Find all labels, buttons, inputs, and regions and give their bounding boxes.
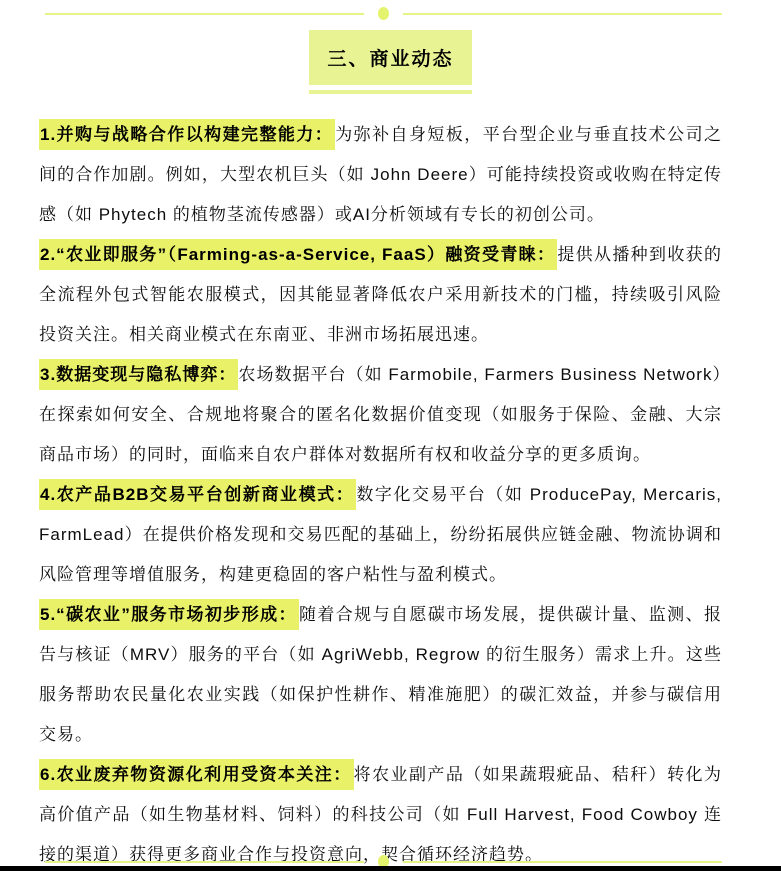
paragraph-4: 4.农产品B2B交易平台创新商业模式：数字化交易平台（如 ProducePay,… <box>39 475 722 595</box>
paragraph-5: 5.“碳农业”服务市场初步形成：随着合规与自愿碳市场发展，提供碳计量、监测、报告… <box>39 595 722 755</box>
article-body: 1.并购与战略合作以构建完整能力：为弥补自身短板，平台型企业与垂直技术公司之间的… <box>39 115 722 871</box>
divider-line-left <box>45 861 364 863</box>
section-title-block: 三、商业动态 <box>309 30 471 94</box>
ellipse-dot-icon <box>378 7 389 20</box>
top-divider <box>45 7 722 20</box>
paragraph-3-heading: 3.数据变现与隐私博弈： <box>39 359 238 390</box>
paragraph-5-heading: 5.“碳农业”服务市场初步形成： <box>39 599 299 630</box>
paragraph-6: 6.农业废弃物资源化利用受资本关注：将农业副产品（如果蔬瑕疵品、秸秆）转化为高价… <box>39 755 722 871</box>
paragraph-1-heading: 1.并购与战略合作以构建完整能力： <box>39 119 335 150</box>
title-underline <box>309 90 471 94</box>
bottom-edge-bar <box>0 866 781 871</box>
paragraph-3: 3.数据变现与隐私博弈：农场数据平台（如 Farmobile, Farmers … <box>39 355 722 475</box>
title-area: 三、商业动态 <box>0 30 781 94</box>
article-page: 三、商业动态 1.并购与战略合作以构建完整能力：为弥补自身短板，平台型企业与垂直… <box>0 0 781 871</box>
paragraph-6-heading: 6.农业废弃物资源化利用受资本关注： <box>39 759 354 790</box>
paragraph-4-heading: 4.农产品B2B交易平台创新商业模式： <box>39 479 356 510</box>
paragraph-2: 2.“农业即服务”（Farming-as-a-Service, FaaS）融资受… <box>39 235 722 355</box>
divider-line-left <box>45 13 364 15</box>
divider-line-right <box>403 13 722 15</box>
paragraph-2-heading: 2.“农业即服务”（Farming-as-a-Service, FaaS）融资受… <box>39 239 557 270</box>
section-title: 三、商业动态 <box>309 30 471 85</box>
divider-line-right <box>403 861 722 863</box>
paragraph-1: 1.并购与战略合作以构建完整能力：为弥补自身短板，平台型企业与垂直技术公司之间的… <box>39 115 722 235</box>
